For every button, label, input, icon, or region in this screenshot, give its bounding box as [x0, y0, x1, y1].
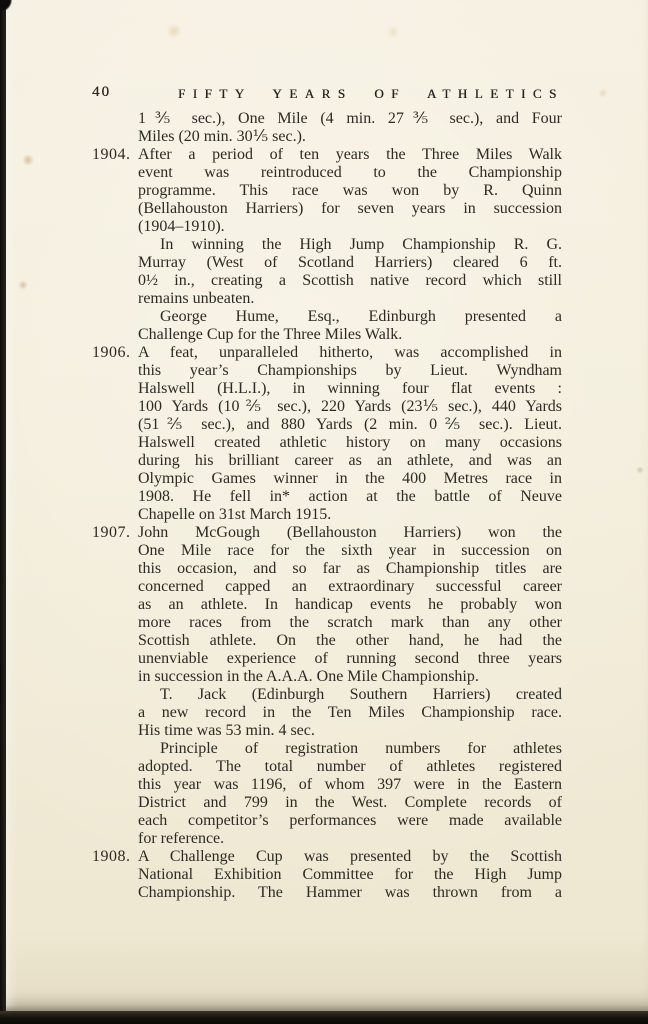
year-entry: 1906.A feat, unparalleled hitherto, was … [92, 344, 562, 524]
page-body: 1⅗ sec.), One Mile (4 min. 27⅗ sec.), an… [92, 110, 562, 902]
year-entry: 1908.A Challenge Cup was presented by th… [92, 848, 562, 902]
text-line: A feat, unparalleled hitherto, was accom… [138, 344, 562, 362]
text-line: Challenge Cup for the Three Miles Walk. [138, 326, 562, 344]
text-line: 1⅗ sec.), One Mile (4 min. 27⅗ sec.), an… [138, 110, 562, 128]
year-label: 1907. [92, 524, 138, 848]
text-line: each competitor’s performances were made… [138, 812, 562, 830]
text-line: One Mile race for the sixth year in succ… [138, 542, 562, 560]
scan-edge-bottom [0, 1011, 648, 1024]
year-label: 1904. [92, 146, 138, 344]
year-entry: 1⅗ sec.), One Mile (4 min. 27⅗ sec.), an… [92, 110, 562, 146]
text-line: programme. This race was won by R. Quinn [138, 182, 562, 200]
paper-stain [18, 280, 28, 290]
paper-stain [166, 24, 182, 38]
text-line: this year was 1196, of whom 397 were in … [138, 776, 562, 794]
entry-text: A feat, unparalleled hitherto, was accom… [138, 344, 562, 524]
paper-stain [386, 26, 400, 38]
text-line: event was reintroduced to the Championsh… [138, 164, 562, 182]
text-line: Olympic Games winner in the 400 Metres r… [138, 470, 562, 488]
paper-stain [598, 88, 608, 98]
text-line: in succession in the A.A.A. One Mile Cha… [138, 668, 562, 686]
text-line: After a period of ten years the Three Mi… [138, 146, 562, 164]
page-number: 40 [92, 84, 111, 101]
text-line: Murray (West of Scotland Harriers) clear… [138, 254, 562, 272]
entry-text: A Challenge Cup was presented by the Sco… [138, 848, 562, 902]
page-header: 40 FIFTY YEARS OF ATHLETICS [92, 84, 562, 102]
paper: 40 FIFTY YEARS OF ATHLETICS 1⅗ sec.), On… [6, 0, 648, 1011]
entry-text: After a period of ten years the Three Mi… [138, 146, 562, 344]
text-line: adopted. The total number of athletes re… [138, 758, 562, 776]
paper-stain [22, 154, 34, 166]
scanned-page: 40 FIFTY YEARS OF ATHLETICS 1⅗ sec.), On… [0, 0, 648, 1024]
text-line: 100 Yards (10⅖ sec.), 220 Yards (23⅕ sec… [138, 398, 562, 416]
text-line: for reference. [138, 830, 562, 848]
page-title: FIFTY YEARS OF ATHLETICS [178, 86, 564, 102]
text-line: (Bellahouston Harriers) for seven years … [138, 200, 562, 218]
scan-corner-top-left [0, 0, 14, 10]
text-line: as an athlete. In handicap events he pro… [138, 596, 562, 614]
paper-stain [636, 466, 644, 474]
text-line: Halswell (H.L.I.), in winning four flat … [138, 380, 562, 398]
text-line: a new record in the Ten Miles Championsh… [138, 704, 562, 722]
text-line: 1908. He fell in* action at the battle o… [138, 488, 562, 506]
text-line: (1904–1910). [138, 218, 562, 236]
year-label: 1906. [92, 344, 138, 524]
text-line: Halswell created athletic history on man… [138, 434, 562, 452]
text-line: this year’s Championships by Lieut. Wynd… [138, 362, 562, 380]
text-line: John McGough (Bellahouston Harriers) won… [138, 524, 562, 542]
text-line: Scottish athlete. On the other hand, he … [138, 632, 562, 650]
text-line: George Hume, Esq., Edinburgh presented a [138, 308, 562, 326]
text-line: His time was 53 min. 4 sec. [138, 722, 562, 740]
text-line: National Exhibition Committee for the Hi… [138, 866, 562, 884]
text-line: Championship. The Hammer was thrown from… [138, 884, 562, 902]
text-line: In winning the High Jump Championship R.… [138, 236, 562, 254]
text-line: (51⅖ sec.), and 880 Yards (2 min. 0⅖ sec… [138, 416, 562, 434]
text-line: remains unbeaten. [138, 290, 562, 308]
entry-text: John McGough (Bellahouston Harriers) won… [138, 524, 562, 848]
text-line: this occasion, and so far as Championshi… [138, 560, 562, 578]
text-line: A Challenge Cup was presented by the Sco… [138, 848, 562, 866]
text-line: Chapelle on 31st March 1915. [138, 506, 562, 524]
text-line: T. Jack (Edinburgh Southern Harriers) cr… [138, 686, 562, 704]
text-line: unenviable experience of running second … [138, 650, 562, 668]
year-label: 1908. [92, 848, 138, 902]
text-line: Miles (20 min. 30⅕ sec.). [138, 128, 562, 146]
text-line: 0½ in., creating a Scottish native recor… [138, 272, 562, 290]
year-label [92, 110, 138, 146]
text-line: District and 799 in the West. Complete r… [138, 794, 562, 812]
entry-text: 1⅗ sec.), One Mile (4 min. 27⅗ sec.), an… [138, 110, 562, 146]
text-line: Principle of registration numbers for at… [138, 740, 562, 758]
year-entry: 1907.John McGough (Bellahouston Harriers… [92, 524, 562, 848]
year-entry: 1904.After a period of ten years the Thr… [92, 146, 562, 344]
text-line: during his brilliant career as an athlet… [138, 452, 562, 470]
scan-edge-left [0, 0, 6, 1018]
text-line: more races from the scratch mark than an… [138, 614, 562, 632]
text-line: concerned capped an extraordinary succes… [138, 578, 562, 596]
